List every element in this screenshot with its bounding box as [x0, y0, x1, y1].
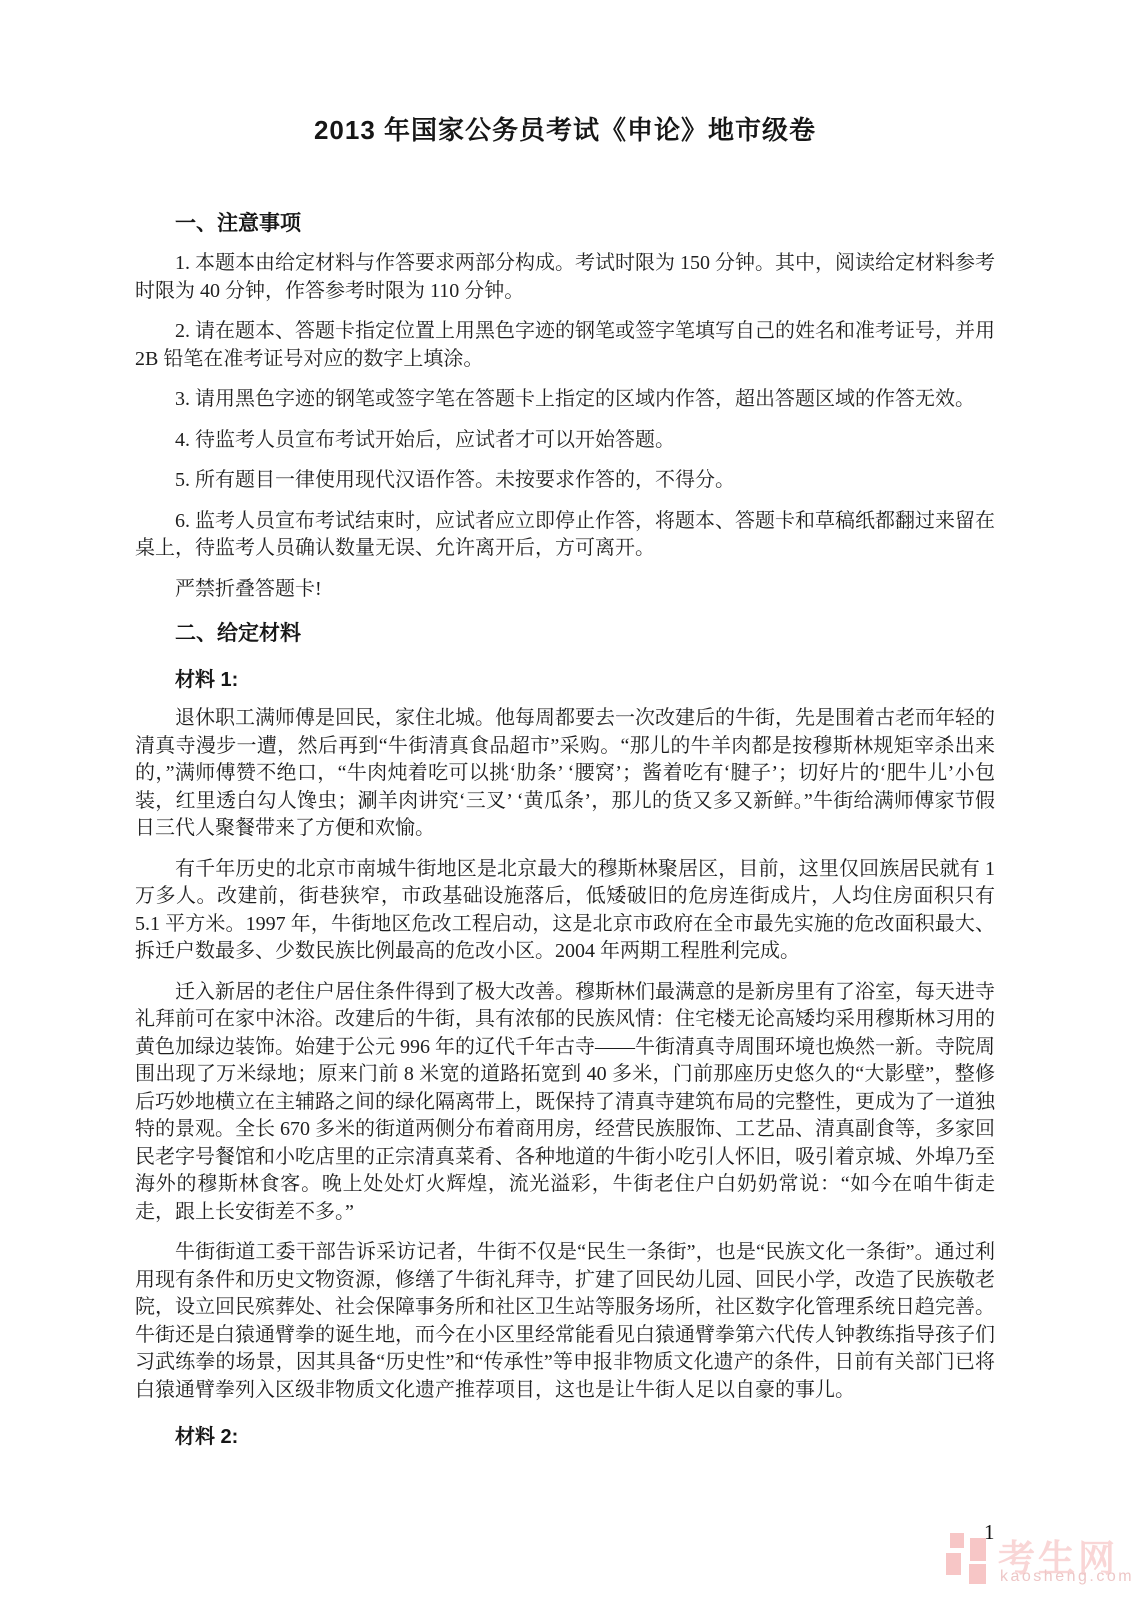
note-item-5: 5. 所有题目一律使用现代汉语作答。未按要求作答的，不得分。	[135, 467, 995, 495]
section-heading-materials: 二、给定材料	[135, 617, 995, 647]
material-2-heading: 材料 2:	[135, 1420, 995, 1449]
note-item-3: 3. 请用黑色字迹的钢笔或签字笔在答题卡上指定的区域内作答，超出答题区域的作答无…	[135, 386, 995, 414]
document-page: 2013 年国家公务员考试《申论》地市级卷 一、注意事项 1. 本题本由给定材料…	[0, 0, 1131, 1600]
note-item-4: 4. 待监考人员宣布考试开始后，应试者才可以开始答题。	[135, 427, 995, 455]
material-1-paragraph-1: 退休职工满师傅是回民，家住北城。他每周都要去一次改建后的牛街，先是围着古老而年轻…	[135, 705, 995, 843]
note-item-6: 6. 监考人员宣布考试结束时，应试者应立即停止作答，将题本、答题卡和草稿纸都翻过…	[135, 508, 995, 563]
section-heading-notes: 一、注意事项	[135, 207, 995, 237]
material-1-paragraph-4: 牛街街道工委干部告诉采访记者，牛街不仅是“民生一条街”，也是“民族文化一条街”。…	[135, 1239, 995, 1404]
watermark-site-url: kaosheng.com	[1000, 1568, 1131, 1586]
material-1-heading: 材料 1:	[135, 663, 995, 692]
page-title: 2013 年国家公务员考试《申论》地市级卷	[135, 110, 995, 147]
kaosheng-logo-icon	[946, 1533, 988, 1584]
note-item-1: 1. 本题本由给定材料与作答要求两部分构成。考试时限为 150 分钟。其中，阅读…	[135, 250, 995, 305]
note-item-2: 2. 请在题本、答题卡指定位置上用黑色字迹的钢笔或签字笔填写自己的姓名和准考证号…	[135, 318, 995, 373]
warning-text: 严禁折叠答题卡!	[135, 576, 995, 604]
material-1-paragraph-2: 有千年历史的北京市南城牛街地区是北京最大的穆斯林聚居区，目前，这里仅回族居民就有…	[135, 856, 995, 966]
document-content: 2013 年国家公务员考试《申论》地市级卷 一、注意事项 1. 本题本由给定材料…	[135, 0, 995, 1453]
material-1-paragraph-3: 迁入新居的老住户居住条件得到了极大改善。穆斯林们最满意的是新房里有了浴室，每天进…	[135, 979, 995, 1227]
